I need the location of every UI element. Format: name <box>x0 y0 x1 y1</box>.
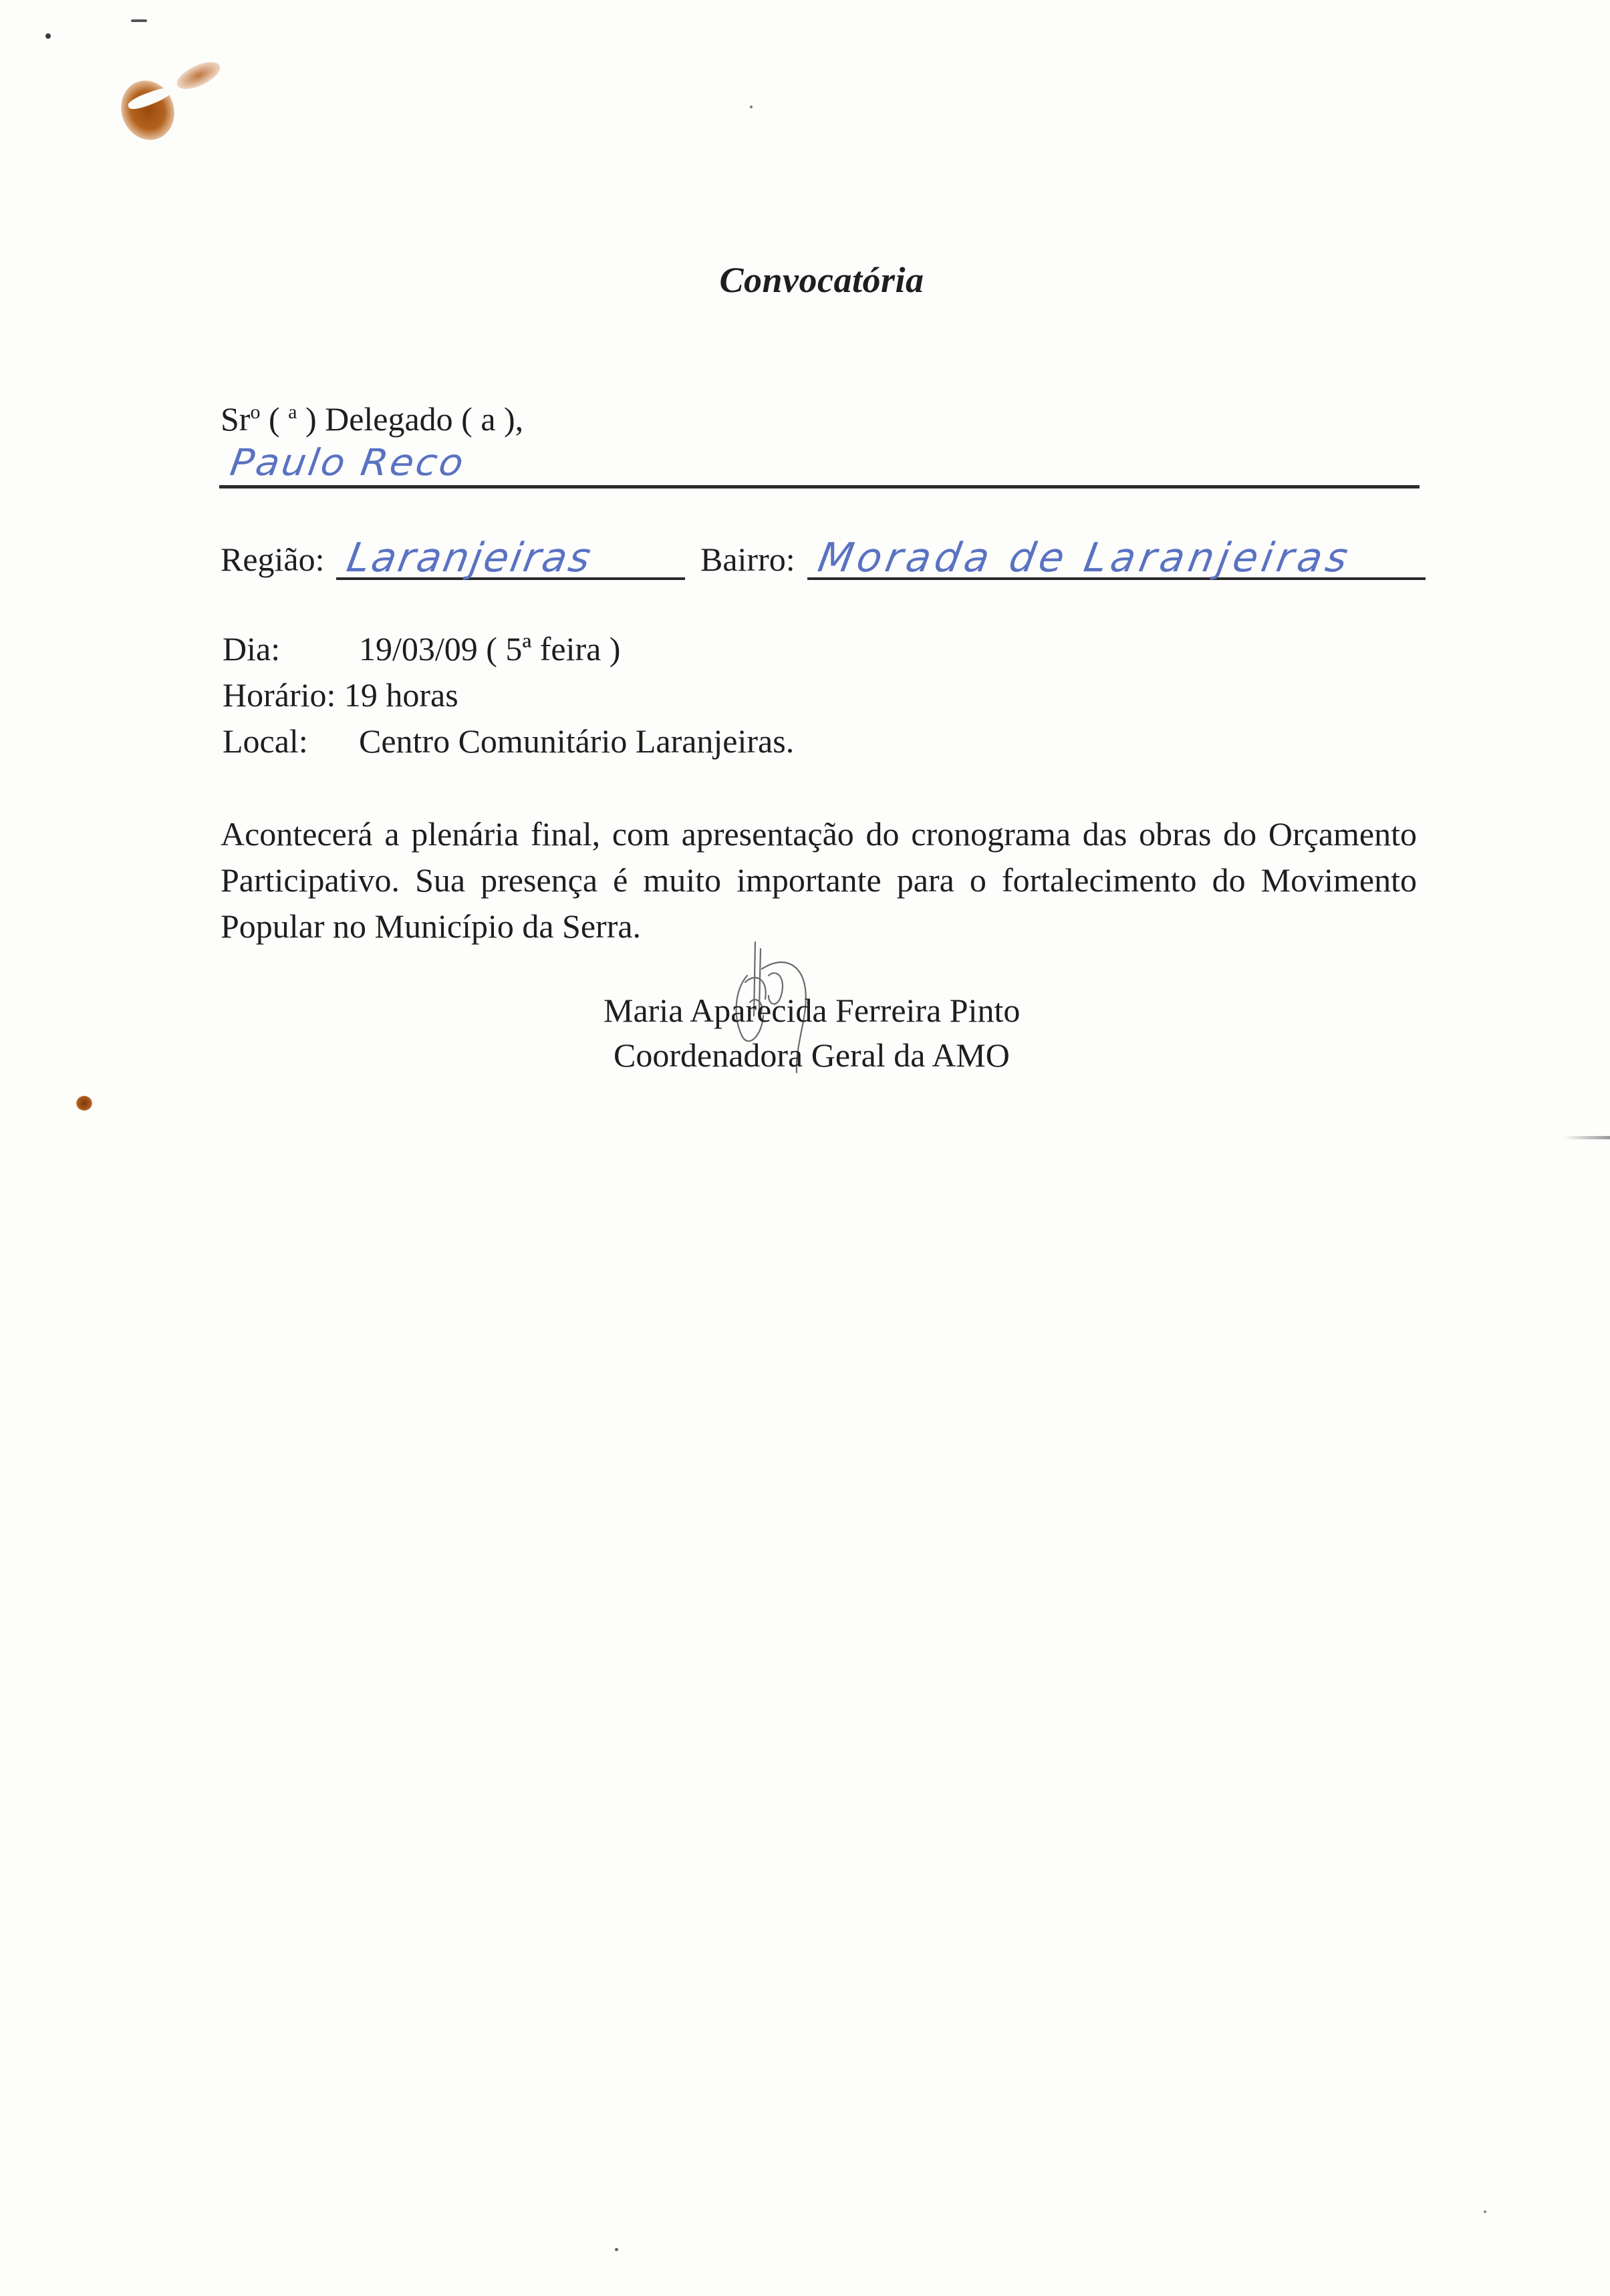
signatory-role: Coordenadora Geral da AMO <box>614 1036 1010 1074</box>
salutation: Sro ( a ) Delegado ( a ), <box>221 402 523 436</box>
bairro-label: Bairro: <box>700 543 795 576</box>
dia-label: Dia: <box>223 632 280 666</box>
ink-dash <box>131 19 147 22</box>
name-underline <box>219 485 1420 488</box>
local-label: Local: <box>223 724 308 758</box>
delegate-name-handwritten: Paulo Reco <box>227 441 468 484</box>
local-value: Centro Comunitário Laranjeiras. <box>359 724 794 758</box>
ink-dot <box>615 2248 618 2251</box>
rust-stain <box>113 73 182 147</box>
rust-spot <box>76 1096 92 1111</box>
document-page: Convocatória Sro ( a ) Delegado ( a ), P… <box>0 0 1610 2296</box>
horario-value: 19 horas <box>344 676 458 714</box>
body-paragraph: Acontecerá a plenária final, com apresen… <box>221 811 1417 950</box>
dia-value: 19/03/09 ( 5ª feira ) <box>359 632 620 666</box>
feminine-ordinal: a <box>288 401 297 423</box>
bairro-value-handwritten: Morada de Laranjeiras <box>815 535 1355 581</box>
ink-dot <box>1484 2210 1486 2213</box>
ink-dot <box>750 106 753 108</box>
salutation-rest: ) Delegado ( a ), <box>297 400 523 438</box>
regiao-label: Região: <box>221 543 325 576</box>
ink-dot <box>45 33 51 39</box>
masculine-ordinal: o <box>250 401 260 423</box>
salutation-prefix: Sr <box>221 400 250 438</box>
signatory-name: Maria Aparecida Ferreira Pinto <box>603 991 1020 1030</box>
rust-stain-trail <box>173 57 224 95</box>
regiao-value-handwritten: Laranjeiras <box>344 535 596 581</box>
horario-row: Horário: 19 horas <box>223 678 458 712</box>
salutation-paren: ( <box>260 400 288 438</box>
paper-scuff <box>1563 1136 1610 1139</box>
document-title: Convocatória <box>0 259 1610 301</box>
horario-label: Horário: <box>223 676 336 714</box>
